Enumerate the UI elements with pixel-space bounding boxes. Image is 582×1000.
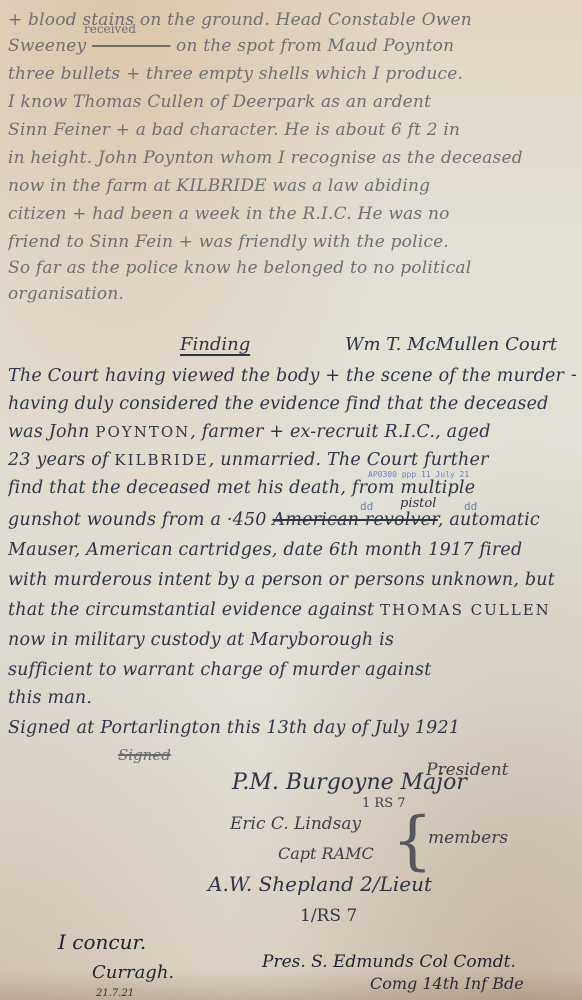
finding-text: that the circumstantial evidence against [8, 600, 374, 620]
member-2-unit: 1/RS 7 [300, 906, 357, 926]
court-name: Wm T. McMullen Court [345, 334, 557, 355]
concur-line: I concur. [58, 930, 146, 954]
finding-line: that the circumstantial evidence against… [8, 600, 576, 620]
document-page: + blood stains on the ground. Head Const… [0, 0, 582, 1000]
finding-heading: Finding [180, 334, 250, 355]
finding-text: , automatic [438, 510, 540, 530]
evidence-line: organisation. [8, 284, 576, 304]
insertion-pistol: pistol [400, 496, 436, 511]
finding-line: 23 years of KILBRIDE, unmarried. The Cou… [8, 450, 576, 470]
finding-text: was John [8, 422, 90, 442]
evidence-word: on the spot from Maud Poynton [176, 36, 454, 56]
finding-line: this man. [8, 688, 576, 708]
finding-line: sufficient to warrant charge of murder a… [8, 660, 576, 680]
struck-text [92, 36, 170, 56]
signed-at-line: Signed at Portarlington this 13th day of… [8, 718, 576, 738]
evidence-line: friend to Sinn Fein + was friendly with … [8, 232, 576, 252]
insertion-received: received [84, 22, 136, 36]
evidence-line: three bullets + three empty shells which… [8, 64, 576, 84]
endorsement-signature: Pres. S. Edmunds Col Comdt. [262, 952, 516, 972]
finding-line: having duly considered the evidence find… [8, 394, 576, 414]
finding-line: with murderous intent by a person or per… [8, 570, 576, 590]
member-1-signature: Eric C. Lindsay [230, 814, 361, 834]
accused-name: THOMAS CULLEN [380, 601, 551, 619]
finding-line: gunshot wounds from a ·450 American revo… [8, 510, 576, 530]
evidence-line: now in the farm at KILBRIDE was a law ab… [8, 176, 576, 196]
evidence-word: Sweeney [8, 36, 86, 56]
evidence-line: Sinn Feiner + a bad character. He is abo… [8, 120, 576, 140]
member-2-signature: A.W. Shepland 2/Lieut [208, 872, 432, 896]
evidence-line: Sweeney on the spot from Maud Poynton [8, 36, 576, 56]
finding-text: 23 years of [8, 450, 109, 470]
evidence-line: in height. John Poynton whom I recognise… [8, 148, 576, 168]
member-1-rank: Capt RAMC [278, 844, 374, 863]
finding-line: Mauser, American cartridges, date 6th mo… [8, 540, 576, 560]
place-name: KILBRIDE [114, 451, 208, 469]
finding-text: , farmer + ex-recruit R.I.C., aged [190, 422, 490, 442]
evidence-line: So far as the police know he belonged to… [8, 258, 576, 278]
paper-stain [0, 970, 582, 1000]
finding-text: gunshot wounds from a ·450 [8, 510, 267, 530]
finding-line: The Court having viewed the body + the s… [8, 366, 576, 386]
finding-line: was John POYNTON, farmer + ex-recruit R.… [8, 422, 576, 442]
struck-signed: Signed [118, 746, 171, 764]
struck-text: American revolver [272, 510, 437, 530]
finding-line: now in military custody at Maryborough i… [8, 630, 576, 650]
president-title: President [426, 760, 509, 780]
evidence-line: citizen + had been a week in the R.I.C. … [8, 204, 576, 224]
deceased-name: POYNTON [95, 423, 190, 441]
finding-text: , unmarried. The Court further [209, 450, 489, 470]
members-brace: { [392, 804, 433, 878]
evidence-line: I know Thomas Cullen of Deerpark as an a… [8, 92, 576, 112]
members-label: members [428, 828, 508, 848]
finding-line: find that the deceased met his death, fr… [8, 478, 576, 498]
